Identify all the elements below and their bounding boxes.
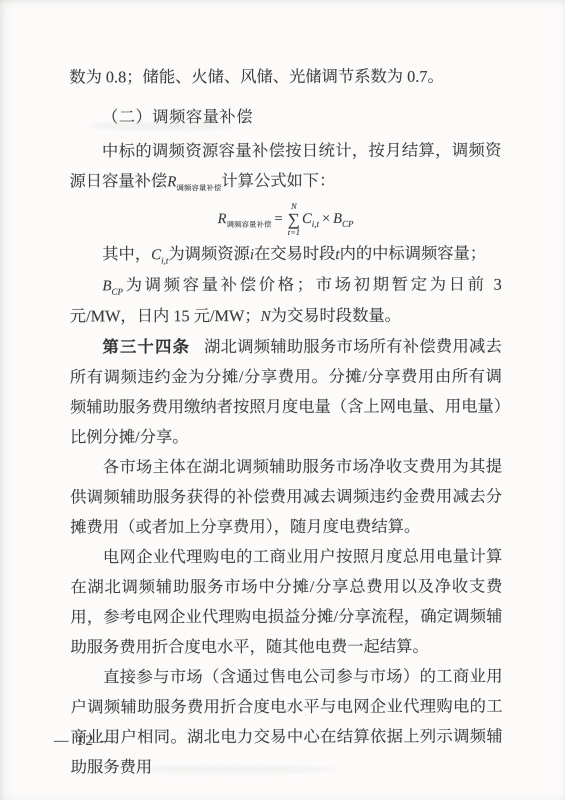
paragraph-where-definitions: 其中，Ci,t为调频资源i在交易时段t内的中标调频容量； (70, 239, 502, 271)
inline-var-N: N (261, 309, 271, 325)
inline-var-C: C (151, 247, 161, 263)
paragraph-price-definition: BCP为调频容量补偿价格；市场初期暂定为日前 3 元/MW，日内 15 元/MW… (70, 270, 502, 333)
where-lead: 其中， (102, 244, 151, 263)
formula-term-price: BCP (333, 204, 353, 234)
price-text-2: 为交易时段数量。 (271, 306, 401, 325)
formula-intro-text-after: 计算公式如下： (221, 171, 335, 190)
inline-var-R: R (167, 174, 176, 190)
formula-term-capacity-var: C (302, 211, 312, 227)
formula-lhs-subscript: 调频容量补偿 (226, 220, 271, 229)
formula-term-price-subscript: CP (342, 219, 354, 229)
where-text-3: 内的中标调频容量； (340, 244, 487, 263)
formula-equals-sign: = (274, 204, 282, 234)
where-text-2: 在交易时段 (254, 244, 335, 263)
paragraph-formula-intro: 中标的调频资源容量补偿按日统计，按月结算，调频资源日容量补偿R调频容量补偿计算公… (69, 136, 501, 198)
paragraph-net-settlement: 各市场主体在湖北调频辅助服务市场净收支费用为其提供调频辅助服务获得的补偿费用减去… (70, 452, 502, 543)
where-text-1: 为调频资源 (168, 244, 249, 263)
multiplication-sign: × (322, 204, 330, 234)
inline-var-B: B (102, 278, 111, 294)
paragraph-grid-agent-purchase: 电网企业代理购电的工商业用户按照月度总用电量计算在湖北调频辅助服务市场中分摊/分… (70, 542, 502, 663)
formula-lhs: R调频容量补偿 (218, 204, 272, 234)
formula-term-capacity: Ci,t (302, 204, 319, 234)
paragraph-article-34: 第三十四条湖北调频辅助服务市场所有补偿费用减去所有调频违约金为分摊/分享费用。分… (70, 332, 502, 453)
scanned-document-page: 数为 0.8；储能、火储、风储、光储调节系数为 0.7。 （二）调频容量补偿 中… (0, 0, 565, 800)
article-34-number: 第三十四条 (102, 338, 190, 356)
inline-var-B-subscript: CP (111, 287, 123, 297)
formula-lhs-var: R (218, 211, 227, 227)
inline-var-C-subscript: i,t (161, 255, 168, 265)
paragraph-adjust-coefficients: 数为 0.8；储能、火储、风储、光储调节系数为 0.7。 (69, 62, 501, 93)
paragraph-direct-market-users: 直接参与市场（含通过售电公司参与市场）的工商业用户调频辅助服务费用折合度电水平与… (71, 662, 503, 783)
formula-capacity-compensation: R调频容量补偿 = N ∑ t=1 Ci,t × BCP (70, 199, 502, 240)
summation-symbol: N ∑ t=1 (288, 202, 300, 236)
page-number: — 12 — (54, 730, 117, 752)
sigma-icon: ∑ (288, 210, 300, 227)
summation-lower-limit: t=1 (288, 227, 300, 236)
document-body: 数为 0.8；储能、火储、风储、光储调节系数为 0.7。 （二）调频容量补偿 中… (69, 62, 503, 783)
inline-var-R-subscript: 调频容量补偿 (176, 183, 221, 192)
section-heading-capacity-compensation: （二）调频容量补偿 (69, 102, 501, 133)
formula-term-capacity-subscript: i,t (312, 219, 319, 229)
